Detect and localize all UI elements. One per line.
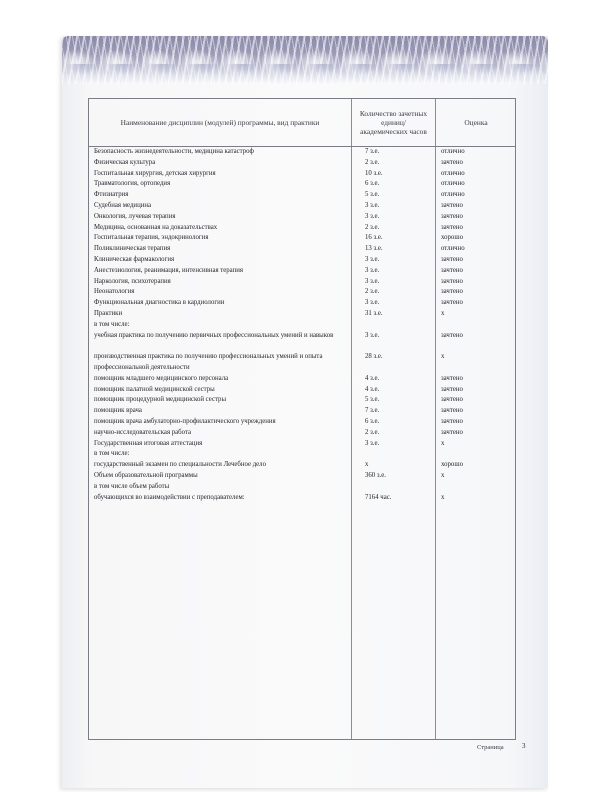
header-credits: Количество зачетных единиц/ академически… bbox=[352, 99, 435, 146]
row-credits: 3 з.е. bbox=[365, 277, 379, 288]
table-row: Судебная медицина3 з.е.зачтено bbox=[89, 201, 515, 212]
table-row: помощник врача амбулаторно-профилактичес… bbox=[89, 417, 515, 428]
row-grade: зачтено bbox=[441, 266, 463, 277]
row-credits: 13 з.е. bbox=[365, 244, 383, 255]
row-grade: зачтено bbox=[441, 223, 463, 234]
row-credits: 5 з.е. bbox=[365, 395, 379, 406]
row-grade: хорошо bbox=[441, 233, 463, 244]
table-row: в том числе объем работы bbox=[89, 482, 515, 493]
row-credits: 3 з.е. bbox=[365, 212, 379, 223]
table-row: Фтизиатрия5 з.е.отлично bbox=[89, 190, 515, 201]
page-label: Страница bbox=[477, 744, 504, 751]
table-row: помощник палатной медицинской сестры4 з.… bbox=[89, 385, 515, 396]
row-name: Безопасность жизнедеятельности, медицина… bbox=[94, 147, 350, 158]
decorative-border-wave bbox=[62, 64, 548, 86]
row-name: помощник процедурной медицинской сестры bbox=[94, 395, 350, 406]
row-name: производственная практика по получению п… bbox=[94, 352, 350, 374]
row-credits: 3 з.е. bbox=[365, 201, 379, 212]
row-grade: х bbox=[441, 309, 444, 320]
row-credits: 3 з.е. bbox=[365, 266, 379, 277]
row-credits: 3 з.е. bbox=[365, 331, 379, 342]
row-credits: 2 з.е. bbox=[365, 287, 379, 298]
row-grade: х bbox=[441, 471, 444, 482]
row-credits: 7 з.е. bbox=[365, 406, 379, 417]
table-row: помощник процедурной медицинской сестры5… bbox=[89, 395, 515, 406]
table-row: Травматология, ортопедия6 з.е.отлично bbox=[89, 179, 515, 190]
row-credits: 360 з.е. bbox=[365, 471, 386, 482]
row-grade: хорошо bbox=[441, 460, 463, 471]
row-name: Фтизиатрия bbox=[94, 190, 350, 201]
row-grade: х bbox=[441, 439, 444, 450]
row-grade: зачтено bbox=[441, 287, 463, 298]
table-row: производственная практика по получению п… bbox=[89, 352, 515, 374]
table-row: Поликлиническая терапия13 з.е.отлично bbox=[89, 244, 515, 255]
table-row: Практики31 з.е.х bbox=[89, 309, 515, 320]
row-name: Неонатология bbox=[94, 287, 350, 298]
row-name: Клиническая фармакология bbox=[94, 255, 350, 266]
table-row: Госпитальная терапия, эндокринология16 з… bbox=[89, 233, 515, 244]
row-credits: 3 з.е. bbox=[365, 255, 379, 266]
row-credits: 7 з.е. bbox=[365, 147, 379, 158]
row-grade: зачтено bbox=[441, 201, 463, 212]
row-grade: зачтено bbox=[441, 158, 463, 169]
header-name: Наименование дисциплин (модулей) програм… bbox=[89, 99, 351, 146]
row-grade: отлично bbox=[441, 190, 465, 201]
row-credits: 6 з.е. bbox=[365, 417, 379, 428]
row-credits: 2 з.е. bbox=[365, 158, 379, 169]
row-credits: 4 з.е. bbox=[365, 385, 379, 396]
row-name: Объем образовательной программы bbox=[94, 471, 350, 482]
table-row: Госпитальная хирургия, детская хирургия1… bbox=[89, 169, 515, 180]
row-grade: зачтено bbox=[441, 298, 463, 309]
row-credits: 28 з.е. bbox=[365, 352, 383, 363]
table-row: научно-исследовательская работа2 з.е.зач… bbox=[89, 428, 515, 439]
row-name: учебная практика по получению первичных … bbox=[94, 331, 350, 342]
row-name: помощник врача амбулаторно-профилактичес… bbox=[94, 417, 350, 428]
row-name: обучающихся во взаимодействии с преподав… bbox=[94, 493, 350, 504]
row-name: помощник палатной медицинской сестры bbox=[94, 385, 350, 396]
row-grade: зачтено bbox=[441, 277, 463, 288]
row-grade: зачтено bbox=[441, 385, 463, 396]
row-name: помощник младшего медицинского персонала bbox=[94, 374, 350, 385]
table-row: помощник врача7 з.е.зачтено bbox=[89, 406, 515, 417]
header-name-text: Наименование дисциплин (модулей) програм… bbox=[115, 118, 325, 127]
row-grade: зачтено bbox=[441, 374, 463, 385]
row-credits: 31 з.е. bbox=[365, 309, 383, 320]
row-name: Онкология, лучевая терапия bbox=[94, 212, 350, 223]
page-number: 3 bbox=[522, 742, 526, 750]
row-credits: 4 з.е. bbox=[365, 374, 379, 385]
row-grade: зачтено bbox=[441, 417, 463, 428]
row-name: Судебная медицина bbox=[94, 201, 350, 212]
row-name: Анестезиология, реанимация, интенсивная … bbox=[94, 266, 350, 277]
row-grade: отлично bbox=[441, 147, 465, 158]
table-row: учебная практика по получению первичных … bbox=[89, 331, 515, 353]
row-grade: отлично bbox=[441, 244, 465, 255]
row-grade: отлично bbox=[441, 169, 465, 180]
table-row: Наркология, психотерапия3 з.е.зачтено bbox=[89, 277, 515, 288]
table-row: Клиническая фармакология3 з.е.зачтено bbox=[89, 255, 515, 266]
row-credits: 3 з.е. bbox=[365, 439, 379, 450]
table-row: Физическая культура2 з.е.зачтено bbox=[89, 158, 515, 169]
row-credits: 2 з.е. bbox=[365, 428, 379, 439]
row-credits: 10 з.е. bbox=[365, 169, 383, 180]
row-name: Государственная итоговая аттестация bbox=[94, 439, 350, 450]
row-name: государственный экзамен по специальности… bbox=[94, 460, 350, 471]
row-name: научно-исследовательская работа bbox=[94, 428, 350, 439]
table-row: в том числе: bbox=[89, 320, 515, 331]
row-name: в том числе: bbox=[94, 320, 350, 331]
table-row: Неонатология2 з.е.зачтено bbox=[89, 287, 515, 298]
row-grade: зачтено bbox=[441, 406, 463, 417]
row-credits: 2 з.е. bbox=[365, 223, 379, 234]
row-name: Наркология, психотерапия bbox=[94, 277, 350, 288]
header-grade-text: Оценка bbox=[464, 118, 487, 127]
row-credits: 6 з.е. bbox=[365, 179, 379, 190]
row-grade: х bbox=[441, 493, 444, 504]
table-row: обучающихся во взаимодействии с преподав… bbox=[89, 493, 515, 504]
row-name: Физическая культура bbox=[94, 158, 350, 169]
table-row: Функциональная диагностика в кардиологии… bbox=[89, 298, 515, 309]
header-grade: Оценка bbox=[436, 99, 516, 146]
table-row: Объем образовательной программы360 з.е.х bbox=[89, 471, 515, 482]
row-grade: зачтено bbox=[441, 395, 463, 406]
row-name: Поликлиническая терапия bbox=[94, 244, 350, 255]
grades-table: Наименование дисциплин (модулей) програм… bbox=[88, 98, 516, 740]
header-credits-text: Количество зачетных единиц/ академически… bbox=[360, 109, 428, 136]
row-grade: зачтено bbox=[441, 255, 463, 266]
row-name: Травматология, ортопедия bbox=[94, 179, 350, 190]
row-grade: отлично bbox=[441, 179, 465, 190]
row-name: в том числе объем работы bbox=[94, 482, 350, 493]
table-row: помощник младшего медицинского персонала… bbox=[89, 374, 515, 385]
row-name: Практики bbox=[94, 309, 350, 320]
row-name: Госпитальная терапия, эндокринология bbox=[94, 233, 350, 244]
table-row: Государственная итоговая аттестация3 з.е… bbox=[89, 439, 515, 450]
row-credits: 7164 час. bbox=[365, 493, 391, 504]
table-row: Онкология, лучевая терапия3 з.е.зачтено bbox=[89, 212, 515, 223]
row-credits: 3 з.е. bbox=[365, 298, 379, 309]
row-grade: х bbox=[441, 352, 444, 363]
table-row: Анестезиология, реанимация, интенсивная … bbox=[89, 266, 515, 277]
row-credits: 16 з.е. bbox=[365, 233, 383, 244]
row-grade: зачтено bbox=[441, 212, 463, 223]
row-grade: зачтено bbox=[441, 331, 463, 342]
row-grade: зачтено bbox=[441, 428, 463, 439]
table-row: в том числе: bbox=[89, 449, 515, 460]
row-name: в том числе: bbox=[94, 449, 350, 460]
row-credits: 5 з.е. bbox=[365, 190, 379, 201]
row-name: помощник врача bbox=[94, 406, 350, 417]
table-row: Безопасность жизнедеятельности, медицина… bbox=[89, 147, 515, 158]
table-body: Безопасность жизнедеятельности, медицина… bbox=[89, 147, 515, 503]
table-row: Медицина, основанная на доказательствах2… bbox=[89, 223, 515, 234]
row-name: Функциональная диагностика в кардиологии bbox=[94, 298, 350, 309]
table-row: государственный экзамен по специальности… bbox=[89, 460, 515, 471]
row-credits: х bbox=[365, 460, 368, 471]
row-name: Медицина, основанная на доказательствах bbox=[94, 223, 350, 234]
row-name: Госпитальная хирургия, детская хирургия bbox=[94, 169, 350, 180]
